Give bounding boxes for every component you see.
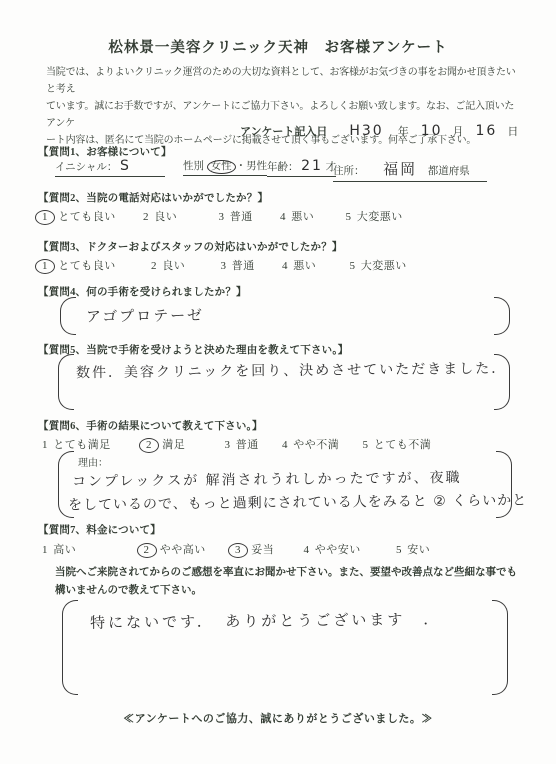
q7-option-4: 4 やや安い	[302, 541, 361, 557]
q2-option-3: 3 普通	[217, 208, 253, 224]
q1-answer-row: イニシャル： S 性別 女性・男性 年齢： 21 才 住所： 福岡 都道府県	[0, 158, 556, 180]
q3-option-2: 2 良い	[149, 257, 185, 273]
address-label: 住所：	[333, 166, 365, 177]
address-handwritten: 福岡	[383, 160, 417, 178]
q6-reason-handwritten-line2: をしているので、もっと過剰にされている人をみると ② くらいかと	[68, 490, 527, 515]
q1-heading: 【質問1、お客様について】	[38, 144, 172, 159]
gender-field: 性別 女性・男性	[183, 158, 267, 176]
q7-option-1: 1 高い	[40, 541, 76, 557]
right-bracket	[494, 297, 510, 335]
q6-option-3: 3 普通	[223, 436, 259, 452]
date-month-handwritten: 10	[421, 123, 443, 139]
initial-handwritten: S	[120, 158, 131, 174]
left-bracket	[58, 354, 74, 410]
q7-option-2: 2 やや高い	[142, 541, 206, 558]
q2-option-4: 4 悪い	[278, 208, 314, 224]
q3-option-3: 3 普通	[219, 257, 255, 273]
date-label: アンケート記入日	[240, 126, 327, 138]
q4-answer-box: アゴプロテーゼ	[60, 297, 510, 335]
left-bracket	[60, 297, 76, 335]
left-bracket	[62, 600, 78, 695]
q6-option-5: 5 とても不満	[361, 436, 432, 452]
q2-option-2: 2 良い	[141, 208, 177, 224]
gender-separator: ・	[236, 161, 247, 172]
q7-option-5: 5 安い	[394, 541, 430, 557]
q6-heading: 【質問6、手術の結果について教えて下さい。】	[38, 418, 263, 433]
q2-options-row: 1 とても良い 2 良い 3 普通 4 悪い 5 大変悪い	[40, 208, 403, 225]
right-bracket	[492, 600, 508, 695]
closing-message: ≪アンケートへのご協力、誠にありがとうございました。≫	[0, 710, 556, 726]
gender-label: 性別	[183, 161, 204, 172]
feedback-prompt-line: 当院へご来院されてからのご感想を率直にお聞かせ下さい。また、要望や改善点など些細…	[55, 564, 525, 582]
q3-option-5: 5 大変悪い	[348, 257, 407, 273]
intro-line: 当院では、よりよいクリニック運営のための大切な資料として、お客様がお気づきの事を…	[46, 64, 518, 98]
q6-reason-box: 理由： コンプレックスが 解消されうれしかったですが、夜職 をしているので、もっ…	[58, 451, 512, 518]
address-suffix: 都道府県	[428, 166, 470, 177]
q7-options-row: 1 高い 2 やや高い 3 妥当 4 やや安い 5 安い	[40, 541, 430, 558]
q6-reason-handwritten-line1: コンプレックスが 解消されうれしかったですが、夜職	[72, 467, 462, 491]
date-day-suffix: 日	[507, 126, 518, 138]
date-row: アンケート記入日 H30 年 10 月 16 日	[240, 122, 518, 140]
q6-reason-label: 理由：	[78, 454, 108, 469]
age-label: 年齢：	[267, 162, 299, 173]
page-title: 松林景一美容クリニック天神 お客様アンケート	[0, 36, 556, 57]
q3-options-row: 1 とても良い 2 良い 3 普通 4 悪い 5 大変悪い	[40, 257, 407, 274]
gender-male: 男性	[246, 161, 267, 172]
q7-heading: 【質問7、料金について】	[38, 522, 161, 537]
q5-answer-box: 数件．美容クリニックを回り、決めさせていただきました．	[58, 354, 510, 410]
q6-option-1: 1 とても満足	[40, 436, 111, 452]
q4-answer-handwritten: アゴプロテーゼ	[86, 304, 204, 326]
age-handwritten: 21	[301, 158, 323, 174]
feedback-prompt-line: 構いませんので教えて下さい。	[55, 582, 525, 600]
date-month-suffix: 月	[453, 126, 464, 138]
q3-option-4: 4 悪い	[280, 257, 316, 273]
q3-option-1: 1 とても良い	[40, 257, 116, 274]
q2-option-5: 5 大変悪い	[344, 208, 403, 224]
q5-answer-handwritten: 数件．美容クリニックを回り、決めさせていただきました．	[76, 358, 507, 383]
initial-field: イニシャル： S	[55, 158, 165, 177]
gender-female-circled: 女性	[207, 160, 236, 174]
q2-option-1: 1 とても良い	[40, 208, 116, 225]
age-field: 年齢： 21 才	[267, 158, 336, 177]
feedback-prompt: 当院へご来院されてからのご感想を率直にお聞かせ下さい。また、要望や改善点など些細…	[55, 564, 525, 600]
date-day-handwritten: 16	[476, 123, 498, 139]
date-year-suffix: 年	[398, 126, 409, 138]
feedback-answer-box: 特にないです． ありがとうございます ．	[62, 600, 508, 695]
q6-option-4: 4 やや不満	[280, 436, 339, 452]
q2-heading: 【質問2、当院の電話対応はいかがでしたか？】	[38, 190, 268, 205]
q7-option-3: 3 妥当	[233, 541, 274, 558]
feedback-answer-handwritten: 特にないです． ありがとうございます ．	[90, 608, 442, 633]
q3-heading: 【質問3、ドクターおよびスタッフの対応はいかがでしたか？】	[38, 239, 343, 254]
date-era-handwritten: H30	[349, 123, 383, 139]
survey-scan-page: 松林景一美容クリニック天神 お客様アンケート 当院では、よりよいクリニック運営の…	[0, 0, 556, 764]
address-field: 住所： 福岡 都道府県	[333, 158, 487, 182]
initial-label: イニシャル：	[55, 162, 117, 173]
